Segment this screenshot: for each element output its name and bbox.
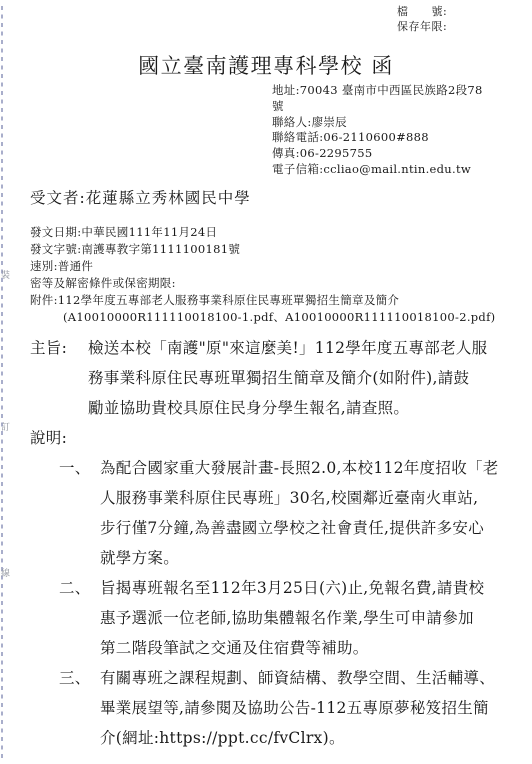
item-line: 為配合國家重大發展計畫-長照2.0,本校112年度招收「老 [100,453,530,483]
attachment-filenames: (A10010000R111110018100-1.pdf、A10010000R… [30,309,495,326]
retention-period-label: 保存年限: [397,19,447,34]
subject-text: 檢送本校「南護"原"來這麼美!」112學年度五專部老人服 務事業科原住民專班單獨… [88,333,530,423]
binding-mark-zhuang: 裝 [1,272,10,281]
item-text: 旨揭專班報名至112年3月25日(六)止,免報名費,請貴校 惠予選派一位老師,協… [100,573,530,663]
sender-email: 電子信箱:ccliao@mail.ntin.edu.tw [272,162,483,178]
item-line: 畢業展望等,請參閱及協助公告-112五專原夢秘笈招生簡 [100,693,530,723]
document-metadata: 發文日期:中華民國111年11月24日 發文字號:南護專教字第111110018… [30,224,495,326]
item-line: 人服務事業科原住民專班」30名,校園鄰近臺南火車站, [100,483,530,513]
item-text: 有關專班之課程規劃、師資結構、教學空間、生活輔導、 畢業展望等,請參閱及協助公告… [100,663,530,753]
explanation-item-3: 三、 有關專班之課程規劃、師資結構、教學空間、生活輔導、 畢業展望等,請參閱及協… [59,663,530,753]
recipient-line: 受文者:花蓮縣立秀林國民中學 [30,186,251,208]
explanation-item-1: 一、 為配合國家重大發展計畫-長照2.0,本校112年度招收「老 人服務事業科原… [59,453,530,573]
item-number: 二、 [59,573,100,663]
item-line: 第二階段筆試之交通及住宿費等補助。 [100,633,530,663]
item-line: 旨揭專班報名至112年3月25日(六)止,免報名費,請貴校 [100,573,530,603]
attachment-description: 附件:112學年度五專部老人服務事業科原住民專班單獨招生簡章及簡介 [30,292,495,309]
document-number: 發文字號:南護專教字第1111100181號 [30,241,495,258]
subject-line: 勵並協助貴校具原住民身分學生報名,請查照。 [88,393,530,423]
item-number: 一、 [59,453,100,573]
sender-phone: 聯絡電話:06-2110600#888 [272,130,483,146]
subject-line: 檢送本校「南護"原"來這麼美!」112學年度五專部老人服 [88,333,530,363]
item-line: 介(網址:https://ppt.cc/fvClrx)。 [100,723,530,753]
file-number-label: 檔 號: [397,4,447,19]
explanation-item-2: 二、 旨揭專班報名至112年3月25日(六)止,免報名費,請貴校 惠予選派一位老… [59,573,530,663]
sender-contact-person: 聯絡人:廖崇辰 [272,115,483,131]
item-text: 為配合國家重大發展計畫-長照2.0,本校112年度招收「老 人服務事業科原住民專… [100,453,530,573]
sender-fax: 傳真:06-2295755 [272,146,483,162]
sender-address-line1: 地址:70043 臺南市中西區民族路2段78 [272,83,483,99]
sender-info-block: 地址:70043 臺南市中西區民族路2段78 號 聯絡人:廖崇辰 聯絡電話:06… [272,83,483,178]
subject-section: 主旨: 檢送本校「南護"原"來這麼美!」112學年度五專部老人服 務事業科原住民… [30,333,530,423]
binding-mark-ding: 訂 [1,424,10,433]
letter-body: 主旨: 檢送本校「南護"原"來這麼美!」112學年度五專部老人服 務事業科原住民… [30,333,530,753]
item-line: 步行僅7分鐘,為善盡國立學校之社會責任,提供許多安心 [100,513,530,543]
issue-date: 發文日期:中華民國111年11月24日 [30,224,495,241]
document-title: 國立臺南護理專科學校 函 [0,50,532,80]
item-line: 有關專班之課程規劃、師資結構、教學空間、生活輔導、 [100,663,530,693]
item-line: 惠予選派一位老師,協助集體報名作業,學生可申請參加 [100,603,530,633]
binding-dashed-line [1,6,3,758]
binding-mark-xian: 線 [1,570,10,579]
item-line: 就學方案。 [100,543,530,573]
explanation-label: 說明: [30,423,530,453]
sender-address-line2: 號 [272,99,483,115]
subject-line: 務事業科原住民專班單獨招生簡章及簡介(如附件),請鼓 [88,363,530,393]
item-number: 三、 [59,663,100,753]
priority-level: 速別:普通件 [30,258,495,275]
security-classification: 密等及解密條件或保密期限: [30,275,495,292]
file-header: 檔 號: 保存年限: [397,4,447,34]
official-letter-page: { "page": { "file_no_label": "檔 號:", "re… [0,0,532,764]
subject-label: 主旨: [30,333,88,423]
